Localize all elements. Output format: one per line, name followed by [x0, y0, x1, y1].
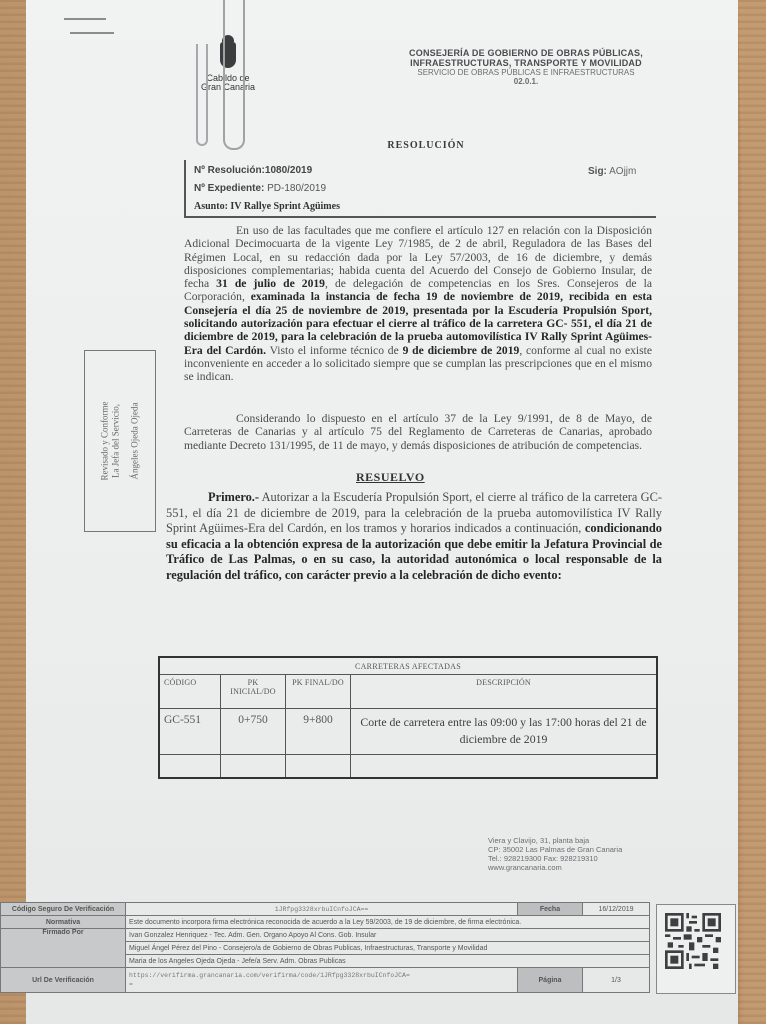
verification-url[interactable]: https://verifirma.grancanaria.com/verifi… [126, 968, 518, 993]
organization-header: CONSEJERÍA DE GOBIERNO DE OBRAS PÚBLICAS… [366, 48, 686, 86]
pagina-label: Página [518, 968, 583, 993]
text-segment: Visto el informe técnico de [266, 344, 403, 357]
fecha-label: Fecha [518, 903, 583, 916]
signature-ref: Sig: AOjjm [588, 166, 636, 177]
normativa-value: Este documento incorpora firma electróni… [126, 916, 650, 929]
org-line-2: INFRAESTRUCTURAS, TRANSPORTE Y MOVILIDAD [366, 58, 686, 68]
address-phone: Tel.: 928219300 Fax: 928219310 [488, 854, 622, 863]
paperclip-icon [223, 0, 245, 150]
expediente-value: PD-180/2019 [267, 183, 326, 194]
normativa-label: Normativa [1, 916, 126, 929]
org-code: 02.0.1. [366, 77, 686, 86]
resuelvo-heading: RESUELVO [356, 470, 425, 485]
cell-descripcion: Corte de carretera entre las 09:00 y las… [351, 709, 658, 755]
review-stamp: Revisado y Conforme La Jefa del Servicio… [84, 350, 156, 532]
document-page: Cabildo de Gran Canaria CONSEJERÍA DE GO… [26, 0, 738, 1024]
sig-label: Sig: [588, 166, 607, 177]
url-text[interactable]: https://verifirma.grancanaria.com/verifi… [129, 971, 514, 980]
table-header-row: CÓDIGO PK INICIAL/DO PK FINAL/DO DESCRIP… [159, 675, 657, 709]
signer-2: Miguel Ángel Pérez del Pino - Consejero/… [126, 942, 650, 955]
fecha-value: 16/12/2019 [583, 903, 650, 916]
table-row-empty [159, 755, 657, 779]
column-header: CÓDIGO [159, 675, 221, 709]
pen-mark [64, 18, 106, 20]
url-label: Url De Verificación [1, 968, 126, 993]
office-address: Viera y Clavijo, 31, planta baja CP: 350… [488, 836, 622, 872]
cell-pk-inicial: 0+750 [221, 709, 286, 755]
expediente-number: Nº Expediente: PD-180/2019 [194, 183, 326, 194]
resolution-value: 1080/2019 [265, 165, 312, 176]
signer-1: Ivan Gonzalez Henriquez - Tec. Adm. Gen.… [126, 929, 650, 942]
cell-codigo: GC-551 [159, 709, 221, 755]
document-metadata: Nº Resolución:1080/2019 Nº Expediente: P… [184, 160, 656, 218]
cell-pk-final: 9+800 [286, 709, 351, 755]
subject: Asunto: IV Rallye Sprint Agüimes [194, 201, 340, 212]
bold-segment: 31 de julio de 2019 [216, 277, 325, 290]
verification-table: Código Seguro De Verificación 1JRfpg3328… [0, 902, 650, 993]
org-line-1: CONSEJERÍA DE GOBIERNO DE OBRAS PÚBLICAS… [366, 48, 686, 58]
stamp-text: Revisado y Conforme La Jefa del Servicio… [100, 402, 141, 481]
paragraph-legal-basis: Considerando lo dispuesto en el artículo… [184, 412, 652, 452]
pagina-value: 1/3 [583, 968, 650, 993]
csv-value: 1JRfpg3328xrbuICnfoJCA== [126, 903, 518, 916]
subject-label: Asunto: [194, 201, 228, 212]
table-caption: CARRETERAS AFECTADAS [159, 657, 657, 675]
pen-mark [70, 32, 114, 34]
url-continuation: = [129, 980, 514, 989]
bold-segment: 9 de diciembre de 2019 [403, 344, 520, 357]
resolution-label: Nº Resolución: [194, 165, 265, 176]
qr-code-box [656, 904, 736, 994]
verification-footer: Código Seguro De Verificación 1JRfpg3328… [0, 900, 740, 996]
paragraph-considerations: En uso de las facultades que me confiere… [184, 224, 652, 384]
document-title: RESOLUCIÓN [336, 140, 516, 151]
subject-value: IV Rallye Sprint Agüimes [230, 201, 340, 212]
paperclip-inner [196, 44, 208, 146]
stamp-line-2: La Jefa del Servicio, [111, 402, 122, 481]
stamp-line-1: Revisado y Conforme [100, 402, 111, 481]
expediente-label: Nº Expediente: [194, 183, 264, 194]
stamp-signer: Ángeles Ojeda Ojeda [130, 402, 141, 481]
column-header: PK FINAL/DO [286, 675, 351, 709]
signer-3: Maria de los Angeles Ojeda Ojeda - Jefe/… [126, 955, 650, 968]
address-street: Viera y Clavijo, 31, planta baja [488, 836, 622, 845]
address-city: CP: 35002 Las Palmas de Gran Canaria [488, 845, 622, 854]
paragraph-resolution: Primero.- Autorizar a la Escudería Propu… [166, 490, 662, 584]
column-header: DESCRIPCIÓN [351, 675, 658, 709]
address-website: www.grancanaria.com [488, 863, 622, 872]
csv-label: Código Seguro De Verificación [1, 903, 126, 916]
column-header: PK INICIAL/DO [221, 675, 286, 709]
service-name: SERVICIO DE OBRAS PÚBLICAS E INFRAESTRUC… [366, 68, 686, 77]
sig-value: AOjjm [609, 166, 636, 177]
affected-roads-table: CARRETERAS AFECTADAS CÓDIGO PK INICIAL/D… [158, 656, 658, 779]
resolution-number: Nº Resolución:1080/2019 [194, 165, 312, 176]
firmado-label: Firmado Por [1, 929, 126, 968]
bold-segment: Primero.- [208, 490, 259, 504]
table-row: GC-551 0+750 9+800 Corte de carretera en… [159, 709, 657, 755]
qr-code-icon [665, 913, 721, 969]
